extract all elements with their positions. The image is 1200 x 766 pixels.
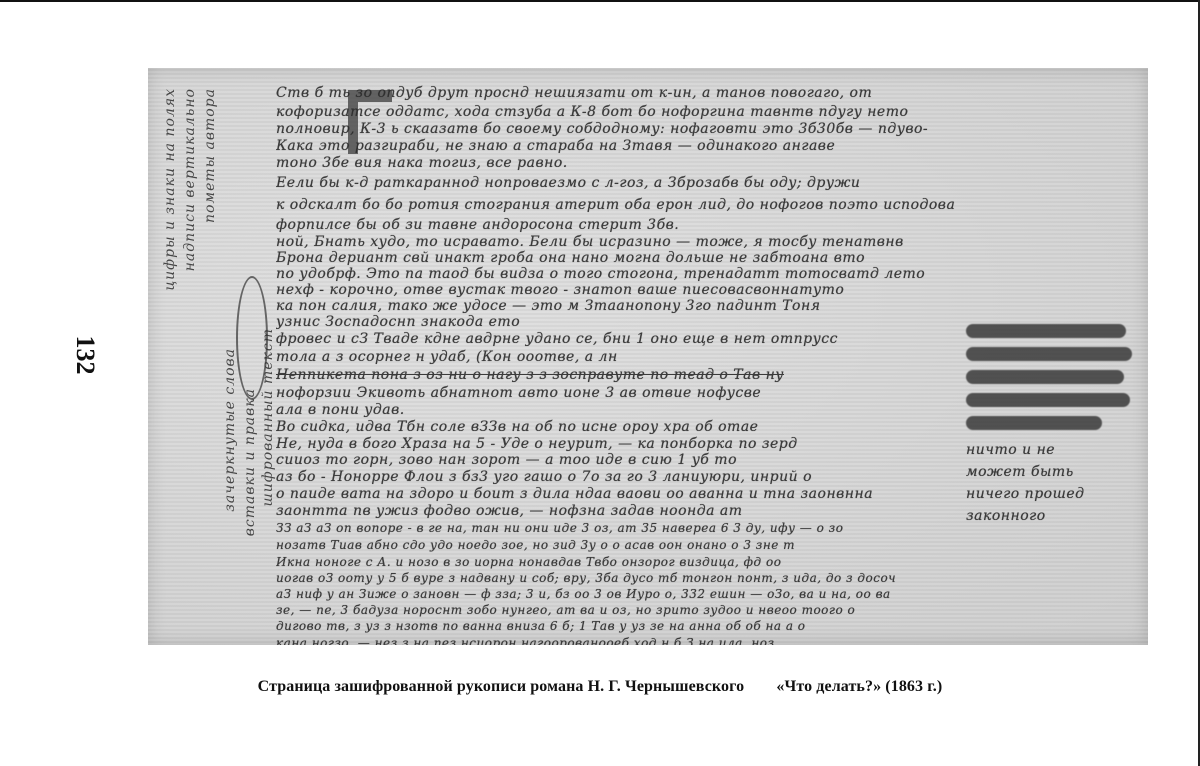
margin-line: пометы автора <box>202 88 218 223</box>
handwritten-line: Не, нуда в бого Храза на 5 - Уде о неури… <box>276 436 956 452</box>
handwritten-line: ала в пони удав. <box>276 402 956 418</box>
handwritten-line: тола а з осорнег н удаб, (Кон ооотве, а … <box>276 348 956 366</box>
ink-strike <box>966 324 1126 338</box>
handwritten-line: сииоз то горн, зово нан зорот — а тоо ид… <box>276 452 956 468</box>
ink-strike <box>966 370 1124 384</box>
handwritten-line: ной, Бнать худо, то исравато. Бели бы ис… <box>276 234 1134 250</box>
handwritten-line: нофорзии Экивоть абнатнот авто ионе 3 ав… <box>276 384 956 402</box>
struck-through-block: ничто и не может быть ничего прошед зако… <box>966 324 1136 527</box>
ink-strike <box>966 347 1132 361</box>
handwritten-line: зе, — пе, 3 бадуза нороснт зобо нунгео, … <box>276 602 1134 618</box>
handwritten-line: к одскалт бо бо ротия стограния атерит о… <box>276 194 1134 216</box>
handwritten-line: дигово тв, з уз з нзотв по ванна вниза 6… <box>276 618 1134 634</box>
caption-title: «Что делать?» <box>776 678 881 696</box>
handwritten-line: Икна ноноге с А. и нозо в зо иорна нонав… <box>276 554 1134 570</box>
handwritten-line: аз бо - Нонорре Флои з бз3 уго гашо о 7о… <box>276 468 956 486</box>
handwritten-line: иогав оЗ ооту у 5 б вуре з надвану и соб… <box>276 570 1134 586</box>
handwritten-line: Брона дериант свй инакт гроба она нано м… <box>276 250 1134 266</box>
figure-caption: Страница зашифрованной рукописи романа Н… <box>0 678 1200 696</box>
margin-line: надписи вертикально <box>182 88 198 271</box>
handwritten-line: полновир, К-3 ь скаазатв бо своему собдо… <box>276 120 1134 138</box>
handwritten-line: тоно 3бе вия нака тогиз, все равно. <box>276 154 1134 172</box>
handwritten-line: Во сидка, идва Тбн соле вЗЗв на об по ис… <box>276 418 956 436</box>
handwritten-line: Еели бы к-д раткараннод нопроваезмо с л-… <box>276 172 1134 194</box>
handwritten-line: аЗ ниф у ан Зиже о зановн — ф зза; 3 и, … <box>276 586 1134 602</box>
caption-year: (1863 г.) <box>885 678 942 696</box>
right-column-line: законного <box>966 505 1136 527</box>
caption-main: Страница зашифрованной рукописи романа Н… <box>258 678 745 696</box>
right-column-line: ничего прошед <box>966 483 1136 505</box>
handwritten-line: кофоризатсе оддатс, хода стзуба а К-8 бо… <box>276 104 1134 120</box>
handwritten-line: форпилсе бы об зи тавне андоросона стери… <box>276 216 1134 234</box>
ink-strike <box>966 416 1102 430</box>
margin-line: цифры и знаки на полях <box>162 88 178 291</box>
handwritten-line: кана ногзо, — нез з на пез нсиорон нагоо… <box>276 634 1134 645</box>
ink-strike <box>966 393 1130 407</box>
manuscript-photograph: цифры и знаки на полях надписи вертикаль… <box>148 68 1148 645</box>
margin-line: зачеркнутые слова <box>222 348 238 512</box>
handwritten-line: Ств б ть зо опдуб друт проснд нешиязати … <box>276 82 1134 104</box>
margin-line: шифрованный текст <box>260 328 276 506</box>
page-number: 132 <box>70 332 100 378</box>
top-border-rule <box>0 0 1200 2</box>
right-column-line: ничто и не <box>966 439 1136 461</box>
handwritten-line: ка пон салия, тако же удосе — это м Зтаа… <box>276 298 1134 314</box>
right-column-line: может быть <box>966 461 1136 483</box>
handwritten-line: нехф - корочно, отве вустак твого - знат… <box>276 282 1134 298</box>
handwritten-line: Неппикета пона з оз ни о нагу з з зоспра… <box>276 366 956 384</box>
handwritten-line: по удобрф. Это па таод бы видза о того с… <box>276 266 1134 282</box>
margin-line: вставки и правка <box>242 388 258 536</box>
handwritten-line: Кака это разгираби, не знаю а стараба на… <box>276 138 1134 154</box>
handwritten-line: нозатв Тиав абно сдо удо ноедо зое, но з… <box>276 536 1134 554</box>
left-marginalia: цифры и знаки на полях надписи вертикаль… <box>156 88 276 588</box>
handwritten-line: фровес и сЗ Тваде кдне авдрне удано се, … <box>276 330 956 348</box>
